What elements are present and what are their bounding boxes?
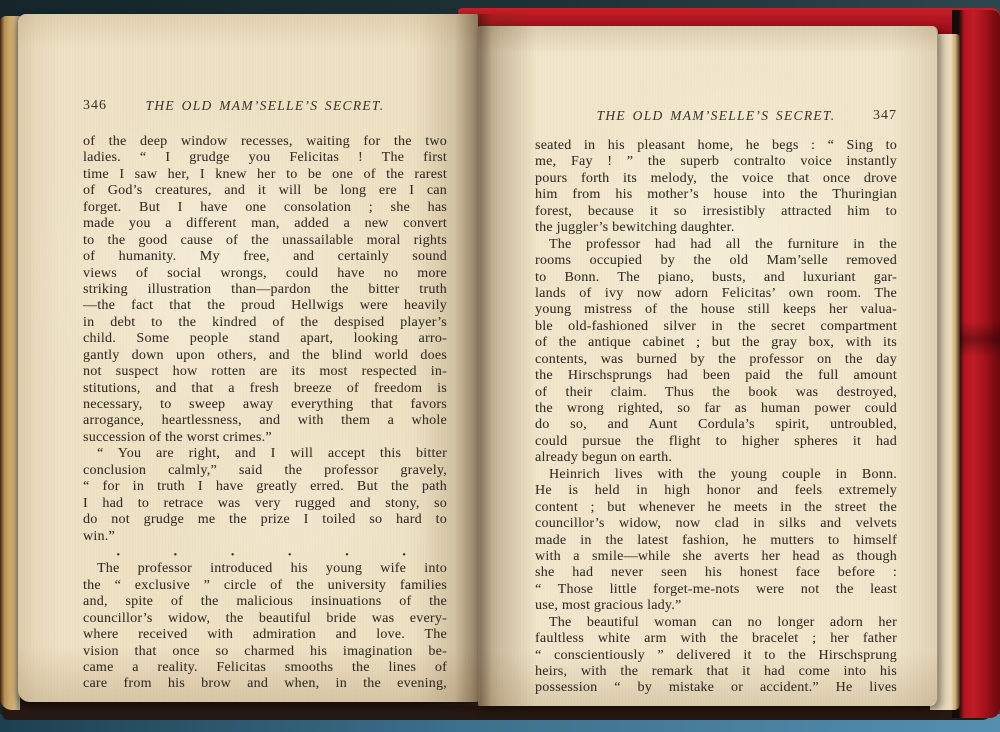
text-line: succession of the worst crimes.” — [83, 430, 447, 446]
text-line: councillor’s widow, the beautiful bride … — [83, 611, 447, 627]
dot: · — [173, 548, 178, 562]
left-page: 346 THE OLD MAM’SELLE’S SECRET. of the d… — [18, 14, 478, 702]
text-line: “ for in truth I have greatly erred. But… — [83, 479, 447, 495]
text-line: arrogance, heartlessness, and with them … — [83, 413, 447, 429]
text-line: him from his mother’s house into the Thu… — [535, 187, 897, 203]
text-line: pours forth its melody, the voice that o… — [535, 171, 897, 187]
right-page-text: seated in his pleasant home, he begs : “… — [535, 138, 897, 697]
dot: · — [230, 548, 235, 562]
text-line: already begun on earth. — [535, 450, 897, 466]
text-line: to the good cause of the unassailable mo… — [83, 233, 447, 249]
text-line: necessary, to sweep away everything that… — [83, 397, 447, 413]
text-line: do not grudge me the prize I toiled so h… — [83, 512, 447, 528]
paragraph: The professor introduced his young wife … — [83, 561, 447, 693]
dot: · — [116, 548, 121, 562]
text-line: striking illustration than—pardon the bi… — [83, 282, 447, 298]
text-line: and, spite of the malicious insinuations… — [83, 594, 447, 610]
text-line: young mistress of the house still keeps … — [535, 302, 897, 318]
text-line: forget. But I have one consolation ; she… — [83, 200, 447, 216]
paragraph: seated in his pleasant home, he begs : “… — [535, 138, 897, 237]
text-line: vision that once so charmed his imaginat… — [83, 644, 447, 660]
text-line: the “ exclusive ” circle of the universi… — [83, 578, 447, 594]
paragraph: The professor had had all the furniture … — [535, 237, 897, 467]
paragraph: The beautiful woman can no longer adorn … — [535, 615, 897, 697]
text-line: me, Fay ! ” the superb contralto voice i… — [535, 154, 897, 170]
left-page-text: of the deep window recesses, waiting for… — [83, 134, 447, 693]
text-line: content ; but whenever he meets in the s… — [535, 500, 897, 516]
text-line: contents, was burned by the professor on… — [535, 352, 897, 368]
text-line: forest, because it so irresistibly attra… — [535, 204, 897, 220]
text-line: lands of ivy now adorn Felicitas’ own ro… — [535, 286, 897, 302]
text-line: made you a different man, added a new co… — [83, 216, 447, 232]
text-line: “ Those little forget-me-nots were not t… — [535, 582, 897, 598]
page-number: 347 — [873, 108, 897, 124]
text-line: she had never seen his honest face befor… — [535, 565, 897, 581]
text-line: made in the latest fashion, he mutters t… — [535, 533, 897, 549]
text-line: could pursue the flight to higher sphere… — [535, 434, 897, 450]
text-line: not suspect how rotten are its most resp… — [83, 364, 447, 380]
text-line: conclusion calmly,” said the professor g… — [83, 463, 447, 479]
text-line: “ You are right, and I will accept this … — [83, 446, 447, 462]
text-line: where received with admiration and love.… — [83, 627, 447, 643]
page-edge-stack — [0, 16, 20, 710]
text-line: councillor’s widow, now clad in silks an… — [535, 516, 897, 532]
text-line: child. Some people stand apart, looking … — [83, 331, 447, 347]
text-line: win.” — [83, 529, 447, 545]
text-line: care from his brow and when, in the even… — [83, 676, 447, 692]
dot: · — [344, 548, 349, 562]
text-line: “ conscientiously ” delivered it to the … — [535, 648, 897, 664]
text-line: heirs, with the remark that it had come … — [535, 664, 897, 680]
text-line: with a smile—while she averts her head a… — [535, 549, 897, 565]
paragraph: “ You are right, and I will accept this … — [83, 446, 447, 545]
text-line: —the fact that the proud Hellwigs were h… — [83, 298, 447, 314]
text-line: to Bonn. The piano, busts, and luxuriant… — [535, 270, 897, 286]
text-line: the wrong righted, so far as human power… — [535, 401, 897, 417]
right-page-header: THE OLD MAM’SELLE’S SECRET. 347 — [535, 108, 897, 126]
text-line: seated in his pleasant home, he begs : “… — [535, 138, 897, 154]
text-line: faultless white arm with the bracelet ; … — [535, 631, 897, 647]
text-line: of their claim. Thus the book was destro… — [535, 385, 897, 401]
paragraph: of the deep window recesses, waiting for… — [83, 134, 447, 446]
right-page: THE OLD MAM’SELLE’S SECRET. 347 seated i… — [478, 26, 938, 706]
text-line: in debt to the kindred of the despised p… — [83, 315, 447, 331]
text-line: time I saw her, I knew her to be one of … — [83, 167, 447, 183]
text-line: He is held in high honor and feels extre… — [535, 483, 897, 499]
dot: · — [402, 548, 407, 562]
text-line: use, most gracious lady.” — [535, 598, 897, 614]
dot: · — [287, 548, 292, 562]
text-line: do so, and Aunt Cordula’s spirit, untrou… — [535, 417, 897, 433]
page-number: 346 — [83, 98, 107, 114]
text-line: ladies. “ I grudge you Felicitas ! The f… — [83, 150, 447, 166]
text-line: ble old-fashioned silver in the secret c… — [535, 319, 897, 335]
text-line: the Hirschsprungs had been paid the full… — [535, 368, 897, 384]
running-title: THE OLD MAM’SELLE’S SECRET. — [83, 98, 447, 114]
running-title: THE OLD MAM’SELLE’S SECRET. — [535, 108, 897, 124]
left-page-header: 346 THE OLD MAM’SELLE’S SECRET. — [83, 98, 447, 116]
book-photo: 346 THE OLD MAM’SELLE’S SECRET. of the d… — [0, 0, 1000, 732]
text-line: of the deep window recesses, waiting for… — [83, 134, 447, 150]
text-line: of God’s creatures, and it will be long … — [83, 183, 447, 199]
text-line: came a reality. Felicitas smooths the li… — [83, 660, 447, 676]
text-line: possession “ by mistake or accident.” He… — [535, 680, 897, 696]
text-line: of humanity. My free, and certainly soun… — [83, 249, 447, 265]
text-line: The professor had had all the furniture … — [535, 237, 897, 253]
text-line: The beautiful woman can no longer adorn … — [535, 615, 897, 631]
text-line: the juggler’s bewitching daughter. — [535, 220, 897, 236]
text-line: views of social wrongs, could have no mo… — [83, 266, 447, 282]
text-line: The professor introduced his young wife … — [83, 561, 447, 577]
text-line: rooms occupied by the old Mam’selle remo… — [535, 253, 897, 269]
paragraph: Heinrich lives with the young couple in … — [535, 467, 897, 615]
text-line: stitutions, and that a fresh breeze of f… — [83, 381, 447, 397]
text-line: of the antique cabinet ; but the gray bo… — [535, 335, 897, 351]
text-line: I had to retrace was very rugged and sto… — [83, 496, 447, 512]
text-line: gantly down upon others, and the blind w… — [83, 348, 447, 364]
text-line: Heinrich lives with the young couple in … — [535, 467, 897, 483]
